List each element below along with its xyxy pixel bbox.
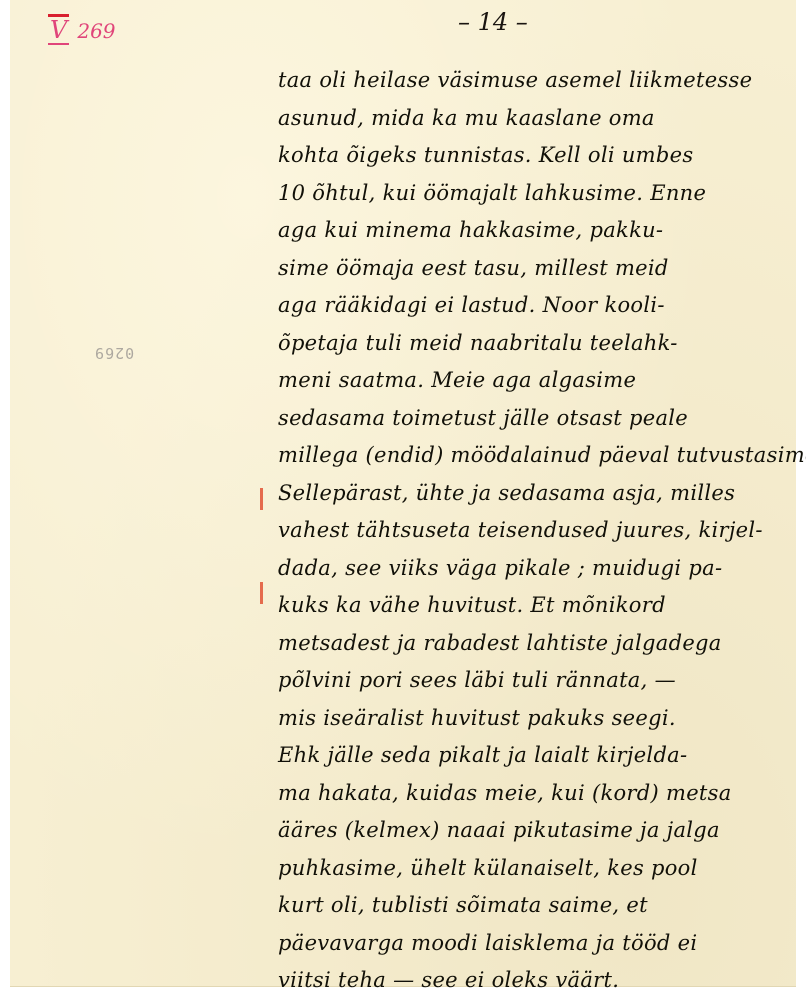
text-line: metsadest ja rabadest lahtiste jalgadega (278, 625, 806, 663)
archive-stamp: 0269 (94, 344, 134, 362)
text-line: taa oli heilase väsimuse asemel liikmete… (278, 62, 806, 100)
text-line: puhkasime, ühelt külanaiselt, kes pool (278, 850, 806, 888)
page-number: – 14 – (458, 8, 528, 36)
text-line: asunud, mida ka mu kaaslane oma (278, 100, 806, 138)
text-line: millega (endid) möödalainud päeval tutvu… (278, 437, 806, 475)
text-line: Sellepärast, ühte ja sedasama asja, mill… (278, 475, 806, 513)
archive-mark-number: 269 (77, 19, 115, 43)
archive-mark-roman: V (48, 14, 69, 45)
text-line: mis iseäralist huvitust pakuks seegi. (278, 700, 806, 738)
text-line: põlvini pori sees läbi tuli rännata, — (278, 662, 806, 700)
text-line: viitsi teha — see ei oleks väärt. (278, 962, 806, 1000)
text-line: vahest tähtsuseta teisendused juures, ki… (278, 512, 806, 550)
text-line: õpetaja tuli meid naabritalu teelahk- (278, 325, 806, 363)
text-line: aga rääkidagi ei lastud. Noor kooli- (278, 287, 806, 325)
handwritten-text: taa oli heilase väsimuse asemel liikmete… (278, 62, 806, 1000)
text-line: dada, see viiks väga pikale ; muidugi pa… (278, 550, 806, 588)
text-line: sedasama toimetust jälle otsast peale (278, 400, 806, 438)
text-line: kuks ka vähe huvitust. Et mõnikord (278, 587, 806, 625)
text-line: aga kui minema hakkasime, pakku- (278, 212, 806, 250)
text-line: 10 õhtul, kui öömajalt lahkusime. Enne (278, 175, 806, 213)
text-line: Ehk jälle seda pikalt ja laialt kirjelda… (278, 737, 806, 775)
text-line: sime öömaja eest tasu, millest meid (278, 250, 806, 288)
margin-mark (260, 488, 263, 510)
text-line: päevavarga moodi laisklema ja tööd ei (278, 925, 806, 963)
text-line: ma hakata, kuidas meie, kui (kord) metsa (278, 775, 806, 813)
text-line: ääres (kelmex) naaai pikutasime ja jalga (278, 812, 806, 850)
text-line: meni saatma. Meie aga algasime (278, 362, 806, 400)
text-line: kurt oli, tublisti sõimata saime, et (278, 887, 806, 925)
archive-mark: V269 (48, 14, 116, 45)
text-line: kohta õigeks tunnistas. Kell oli umbes (278, 137, 806, 175)
margin-mark (260, 582, 263, 604)
manuscript-page: V269 – 14 – 0269 taa oli heilase väsimus… (10, 0, 796, 987)
